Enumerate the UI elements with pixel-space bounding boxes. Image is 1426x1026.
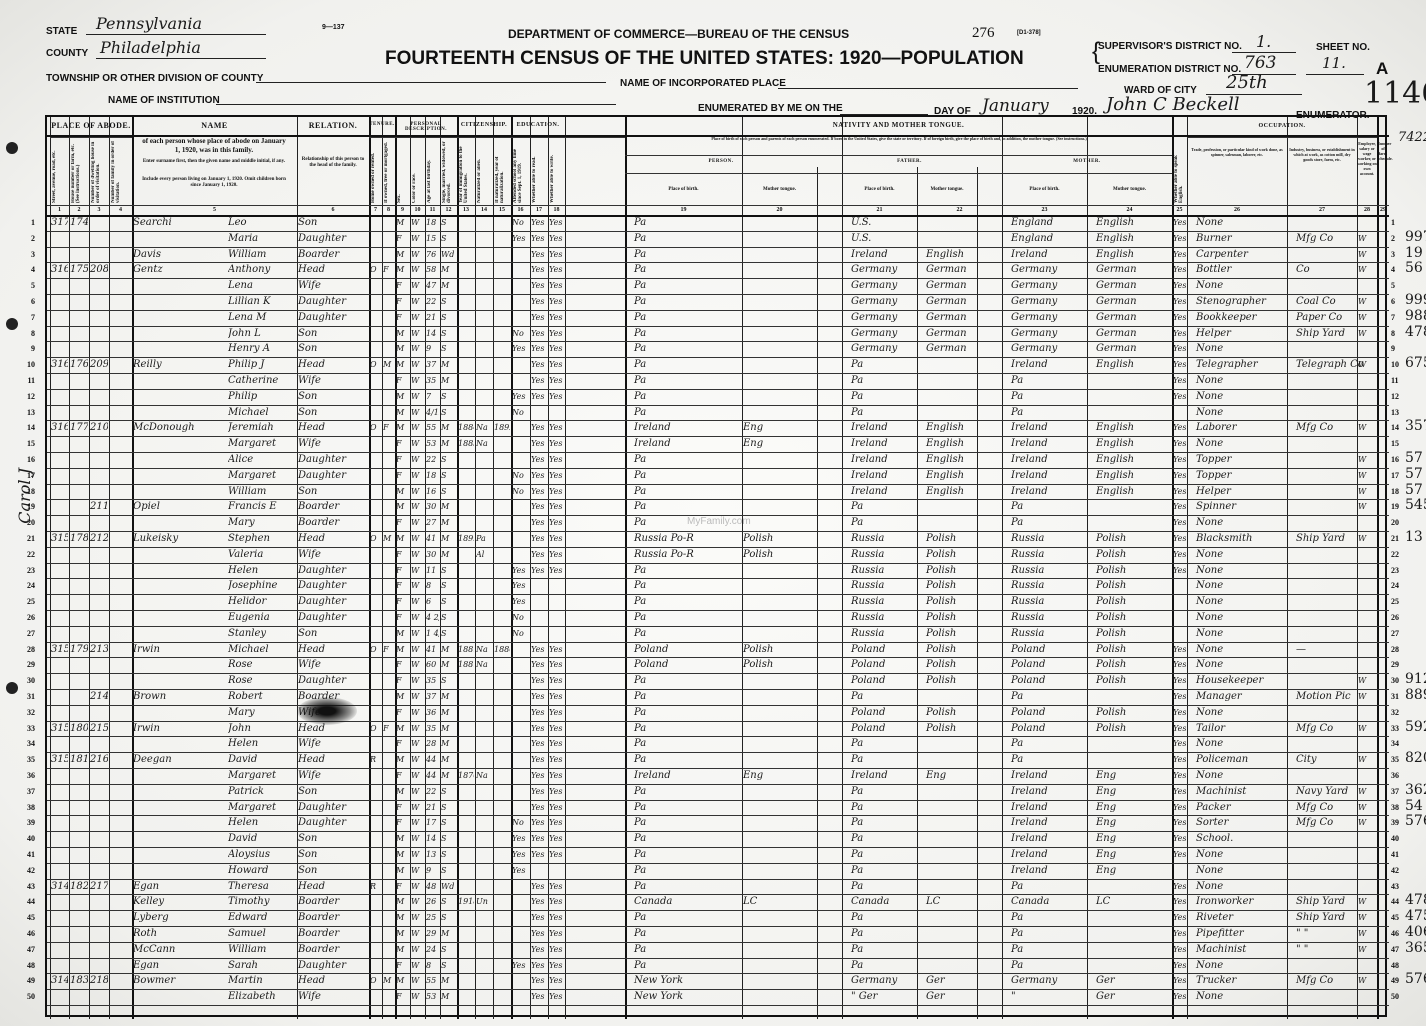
cell-dw	[90, 768, 108, 783]
cell-given: Margaret	[228, 768, 296, 783]
margin-annotation: 592	[1405, 719, 1426, 735]
cell-farm	[1378, 547, 1388, 562]
cell-sch: No	[512, 626, 529, 641]
cell-trade: None	[1188, 642, 1294, 657]
cell-sex: M	[396, 341, 409, 356]
cell-trade: Topper	[1188, 452, 1294, 467]
cell-pob: Pa	[626, 610, 749, 625]
cell-sch	[512, 547, 529, 562]
column-number: 24	[1087, 207, 1172, 215]
cell-ind	[1288, 736, 1364, 751]
margin-annotation: 57	[1405, 450, 1423, 466]
cell-house	[70, 989, 88, 1004]
cell-given: David	[228, 752, 296, 767]
cell-mort	[383, 326, 394, 341]
cell-emp: W	[1358, 815, 1376, 830]
cell-emp	[1358, 642, 1376, 657]
cell-mmt	[1088, 926, 1179, 941]
cell-ms: S	[441, 673, 456, 688]
cell-fam	[110, 910, 131, 925]
cell-eng: Yes	[1173, 341, 1186, 356]
cell-sex: F	[396, 515, 409, 530]
cell-rel: Head	[298, 752, 368, 767]
cell-dw	[90, 326, 108, 341]
cell-sch	[512, 310, 529, 325]
cell-nat	[476, 247, 492, 262]
cell-house	[70, 452, 88, 467]
cell-own	[370, 341, 381, 356]
column-number: 7	[369, 207, 382, 215]
cell-mmt: English	[1088, 452, 1179, 467]
cell-ind	[1288, 499, 1364, 514]
cell-ind: Motion Pic	[1288, 689, 1364, 704]
cell-imm: 1899	[458, 531, 474, 546]
cell-mt	[743, 863, 816, 878]
cell-mort	[383, 247, 394, 262]
cell-eng: Yes	[1173, 768, 1186, 783]
cell-read: Yes	[531, 420, 547, 435]
cell-dw	[90, 736, 108, 751]
cell-imm	[458, 278, 474, 293]
cell-sex: M	[396, 531, 409, 546]
margin-annotation: 576	[1405, 813, 1426, 829]
cell-fam	[110, 341, 131, 356]
cell-own	[370, 373, 381, 388]
cell-read: Yes	[531, 215, 547, 230]
cell-sch	[512, 705, 529, 720]
cell-write: Yes	[549, 531, 564, 546]
cell-race: W	[411, 563, 424, 578]
cell-pob: Pa	[626, 594, 749, 609]
cell-trade: School.	[1188, 831, 1294, 846]
cell-mt	[743, 800, 816, 815]
cell-rel: Daughter	[298, 673, 368, 688]
cell-own: O	[370, 262, 381, 277]
cell-pob: Pa	[626, 231, 749, 246]
cell-emp: W	[1358, 784, 1376, 799]
cell-write: Yes	[549, 436, 564, 451]
cell-dw: 208	[90, 262, 108, 277]
cell-mt	[743, 357, 816, 372]
line-number-right: 32	[1391, 708, 1405, 717]
cell-natyr	[494, 594, 510, 609]
margin-annotation: 576	[1405, 971, 1426, 987]
cell-mt	[743, 910, 816, 925]
cell-mmt: Polish	[1088, 626, 1179, 641]
enumerator-signature: John C Beckell	[1106, 94, 1240, 115]
vertical-column-header: Attended school any time since Sept. 1, …	[513, 139, 529, 203]
cell-surname	[133, 847, 226, 862]
cell-age: 16	[426, 484, 439, 499]
cell-given: William	[228, 484, 296, 499]
cell-trade: None	[1188, 578, 1294, 593]
cell-mmt: Polish	[1088, 721, 1179, 736]
cell-fmt	[918, 515, 984, 530]
cell-mpob: Germany	[1003, 262, 1094, 277]
cell-race: W	[411, 942, 424, 957]
cell-ms: Wd	[441, 879, 456, 894]
cell-emp	[1358, 436, 1376, 451]
column-number: 25	[1172, 207, 1187, 215]
cell-read: Yes	[531, 515, 547, 530]
cell-fpob: Germany	[843, 326, 924, 341]
cell-eng: Yes	[1173, 420, 1186, 435]
cell-read: Yes	[531, 815, 547, 830]
cell-house	[70, 389, 88, 404]
cell-pob: Pa	[626, 784, 749, 799]
cell-emp: W	[1358, 310, 1376, 325]
cell-farm	[1378, 784, 1388, 799]
cell-own	[370, 768, 381, 783]
cell-read: Yes	[531, 894, 547, 909]
cell-emp	[1358, 515, 1376, 530]
cell-fmt	[918, 800, 984, 815]
cell-natyr	[494, 673, 510, 688]
cell-age: 14	[426, 831, 439, 846]
cell-rel: Boarder	[298, 926, 368, 941]
cell-street	[51, 657, 68, 672]
vertical-column-header: Year of immigration to the United States…	[459, 139, 474, 203]
father-heading: FATHER.	[817, 159, 1002, 164]
cell-fmt	[918, 926, 984, 941]
cell-nat	[476, 847, 492, 862]
cell-farm	[1378, 705, 1388, 720]
cell-fmt	[918, 373, 984, 388]
cell-mt	[743, 989, 816, 1004]
cell-natyr	[494, 973, 510, 988]
cell-natyr	[494, 657, 510, 672]
line-number-right: 9	[1391, 344, 1405, 353]
line-number: 6	[21, 297, 35, 306]
cell-ms: M	[441, 547, 456, 562]
cell-rel: Son	[298, 215, 368, 230]
cell-read: Yes	[531, 705, 547, 720]
cell-ms: S	[441, 594, 456, 609]
cell-surname: Brown	[133, 689, 226, 704]
cell-ind	[1288, 405, 1364, 420]
cell-surname	[133, 389, 226, 404]
cell-sch	[512, 642, 529, 657]
cell-nat	[476, 389, 492, 404]
cell-nat	[476, 310, 492, 325]
cell-sex: M	[396, 689, 409, 704]
cell-own	[370, 958, 381, 973]
cell-dw	[90, 341, 108, 356]
line-number: 3	[21, 250, 35, 259]
cell-sex: M	[396, 894, 409, 909]
cell-write: Yes	[549, 326, 564, 341]
cell-pob: Pa	[626, 294, 749, 309]
cell-ind: Telegraph Co	[1288, 357, 1364, 372]
cell-sex: M	[396, 247, 409, 262]
cell-emp: W	[1358, 420, 1376, 435]
cell-farm	[1378, 452, 1388, 467]
cell-given: Jeremiah	[228, 420, 296, 435]
cell-mpob: Pa	[1003, 373, 1094, 388]
cell-trade: Manager	[1188, 689, 1294, 704]
cell-mort	[383, 373, 394, 388]
cell-surname	[133, 831, 226, 846]
cell-ms: M	[441, 721, 456, 736]
cell-street	[51, 705, 68, 720]
cell-mmt	[1088, 736, 1179, 751]
cell-fam	[110, 657, 131, 672]
line-number-right: 43	[1391, 882, 1405, 891]
line-number: 28	[21, 645, 35, 654]
margin-annotation: 889	[1405, 687, 1426, 703]
cell-mpob: Germany	[1003, 341, 1094, 356]
cell-read	[531, 578, 547, 593]
column-number: 27	[1287, 207, 1357, 215]
cell-fpob: Pa	[843, 942, 924, 957]
cell-fam	[110, 357, 131, 372]
cell-trade: Housekeeper	[1188, 673, 1294, 688]
cell-farm	[1378, 468, 1388, 483]
line-number-right: 26	[1391, 613, 1405, 622]
cell-race: W	[411, 405, 424, 420]
cell-rel: Head	[298, 420, 368, 435]
cell-given: Helidor	[228, 594, 296, 609]
cell-imm	[458, 484, 474, 499]
cell-ms: S	[441, 405, 456, 420]
cell-mpob: Ireland	[1003, 468, 1094, 483]
cell-sch	[512, 989, 529, 1004]
cell-mpob: Russia	[1003, 578, 1094, 593]
cell-fpob: Russia	[843, 626, 924, 641]
cell-mort	[383, 231, 394, 246]
cell-eng: Yes	[1173, 673, 1186, 688]
cell-ms: S	[441, 894, 456, 909]
cell-mort	[383, 452, 394, 467]
cell-rel: Son	[298, 626, 368, 641]
cell-own	[370, 278, 381, 293]
cell-pob: Pa	[626, 262, 749, 277]
cell-emp: W	[1358, 800, 1376, 815]
line-number-right: 29	[1391, 660, 1405, 669]
vertical-column-header: If naturalized, year of naturalization.	[495, 139, 510, 203]
margin-annotation: 912	[1405, 671, 1426, 687]
cell-mort: M	[383, 973, 394, 988]
cell-imm	[458, 626, 474, 641]
vertical-column-header: Color or race.	[412, 139, 424, 203]
cell-house	[70, 231, 88, 246]
cell-dw: 213	[90, 642, 108, 657]
cell-own	[370, 673, 381, 688]
cell-farm	[1378, 310, 1388, 325]
cell-nat	[476, 262, 492, 277]
cell-fmt: German	[918, 278, 984, 293]
cell-age: 44	[426, 768, 439, 783]
cell-read: Yes	[531, 958, 547, 973]
cell-surname	[133, 373, 226, 388]
cell-mort	[383, 784, 394, 799]
census-title: FOURTEENTH CENSUS OF THE UNITED STATES: …	[385, 48, 1024, 70]
cell-farm	[1378, 973, 1388, 988]
cell-emp	[1358, 389, 1376, 404]
cell-race: W	[411, 499, 424, 514]
cell-nat	[476, 499, 492, 514]
line-number: 40	[21, 834, 35, 843]
cell-rel: Head	[298, 879, 368, 894]
cell-trade: Laborer	[1188, 420, 1294, 435]
cell-pob: Pa	[626, 926, 749, 941]
cell-ms: S	[441, 484, 456, 499]
cell-fam	[110, 847, 131, 862]
line-number-right: 1	[1391, 218, 1405, 227]
cell-ms: M	[441, 531, 456, 546]
line-number: 45	[21, 913, 35, 922]
cell-pob: Pa	[626, 215, 749, 230]
cell-mpob: Pa	[1003, 389, 1094, 404]
cell-sch	[512, 452, 529, 467]
cell-pob: Pa	[626, 879, 749, 894]
cell-emp	[1358, 373, 1376, 388]
cell-mort	[383, 989, 394, 1004]
cell-mmt: Ger	[1088, 973, 1179, 988]
cell-emp: W	[1358, 673, 1376, 688]
cell-fam	[110, 831, 131, 846]
cell-ind	[1288, 373, 1364, 388]
cell-natyr	[494, 784, 510, 799]
cell-natyr	[494, 468, 510, 483]
cell-natyr	[494, 863, 510, 878]
cell-ind	[1288, 247, 1364, 262]
cell-ind: City	[1288, 752, 1364, 767]
cell-mmt	[1088, 942, 1179, 957]
cell-sch	[512, 800, 529, 815]
cell-trade: Trucker	[1188, 973, 1294, 988]
cell-ms: S	[441, 452, 456, 467]
cell-nat	[476, 973, 492, 988]
cell-rel: Wife	[298, 657, 368, 672]
cell-fpob: " Ger	[843, 989, 924, 1004]
cell-natyr	[494, 484, 510, 499]
cell-street	[51, 468, 68, 483]
cell-fam	[110, 294, 131, 309]
column-number: 26	[1187, 207, 1287, 215]
cell-mt	[743, 958, 816, 973]
cell-natyr	[494, 452, 510, 467]
cell-pob: Pa	[626, 405, 749, 420]
cell-surname	[133, 405, 226, 420]
cell-mort	[383, 910, 394, 925]
cell-house: 183	[70, 973, 88, 988]
cell-mort	[383, 942, 394, 957]
cell-given: Alice	[228, 452, 296, 467]
cell-surname	[133, 515, 226, 530]
cell-fmt: German	[918, 294, 984, 309]
line-number: 50	[21, 992, 35, 1001]
cell-mort	[383, 879, 394, 894]
mother-tongue-subheading: Mother tongue.	[1087, 187, 1172, 193]
cell-mmt	[1088, 373, 1179, 388]
cell-emp: W	[1358, 910, 1376, 925]
cell-write: Yes	[549, 673, 564, 688]
cell-sex: M	[396, 484, 409, 499]
cell-mt	[743, 310, 816, 325]
cell-emp: W	[1358, 262, 1376, 277]
cell-sch: Yes	[512, 341, 529, 356]
cell-eng: Yes	[1173, 310, 1186, 325]
cell-rel: Son	[298, 484, 368, 499]
cell-farm	[1378, 294, 1388, 309]
cell-mt	[743, 673, 816, 688]
line-number-right: 22	[1391, 550, 1405, 559]
cell-eng: Yes	[1173, 958, 1186, 973]
cell-eng: Yes	[1173, 989, 1186, 1004]
cell-fam	[110, 278, 131, 293]
line-number: 10	[21, 360, 35, 369]
cell-own: O	[370, 531, 381, 546]
cell-write: Yes	[549, 499, 564, 514]
cell-natyr	[494, 405, 510, 420]
cell-given: Robert	[228, 689, 296, 704]
cell-sch: Yes	[512, 563, 529, 578]
cell-mpob: Pa	[1003, 910, 1094, 925]
cell-fam	[110, 673, 131, 688]
line-number-right: 34	[1391, 739, 1405, 748]
cell-fpob: Pa	[843, 910, 924, 925]
cell-emp	[1358, 958, 1376, 973]
column-number: 6	[297, 207, 369, 215]
cell-given: Rose	[228, 657, 296, 672]
column-number: 11	[425, 207, 440, 215]
cell-mort	[383, 958, 394, 973]
cell-given: Helen	[228, 563, 296, 578]
cell-mt	[743, 942, 816, 957]
cell-ms: M	[441, 420, 456, 435]
cell-fpob: Russia	[843, 531, 924, 546]
cell-fmt: Polish	[918, 626, 984, 641]
cell-eng: Yes	[1173, 847, 1186, 862]
cell-dw	[90, 626, 108, 641]
cell-fam	[110, 326, 131, 341]
enumerated-label: ENUMERATED BY ME ON THE	[698, 103, 843, 114]
cell-street	[51, 231, 68, 246]
cell-mpob: Pa	[1003, 515, 1094, 530]
cell-imm	[458, 989, 474, 1004]
cell-natyr	[494, 578, 510, 593]
cell-pob: Pa	[626, 499, 749, 514]
line-number-right: 37	[1391, 787, 1405, 796]
cell-house	[70, 910, 88, 925]
cell-natyr	[494, 278, 510, 293]
cell-fpob: Russia	[843, 610, 924, 625]
cell-fam	[110, 721, 131, 736]
cell-natyr	[494, 721, 510, 736]
cell-sch: Yes	[512, 847, 529, 862]
cell-ms: M	[441, 705, 456, 720]
cell-age: 13	[426, 847, 439, 862]
line-number: 35	[21, 755, 35, 764]
cell-eng	[1173, 610, 1186, 625]
cell-race: W	[411, 262, 424, 277]
line-number: 7	[21, 313, 35, 322]
relation-heading: RELATION.	[297, 121, 369, 130]
cell-own	[370, 784, 381, 799]
line-number: 29	[21, 660, 35, 669]
cell-sch	[512, 515, 529, 530]
cell-sch	[512, 736, 529, 751]
cell-farm	[1378, 563, 1388, 578]
cell-trade: Bookkeeper	[1188, 310, 1294, 325]
line-number: 31	[21, 692, 35, 701]
cell-farm	[1378, 989, 1388, 1004]
line-number: 37	[21, 787, 35, 796]
cell-ind	[1288, 547, 1364, 562]
cell-imm	[458, 452, 474, 467]
ink-smudge	[297, 697, 357, 725]
